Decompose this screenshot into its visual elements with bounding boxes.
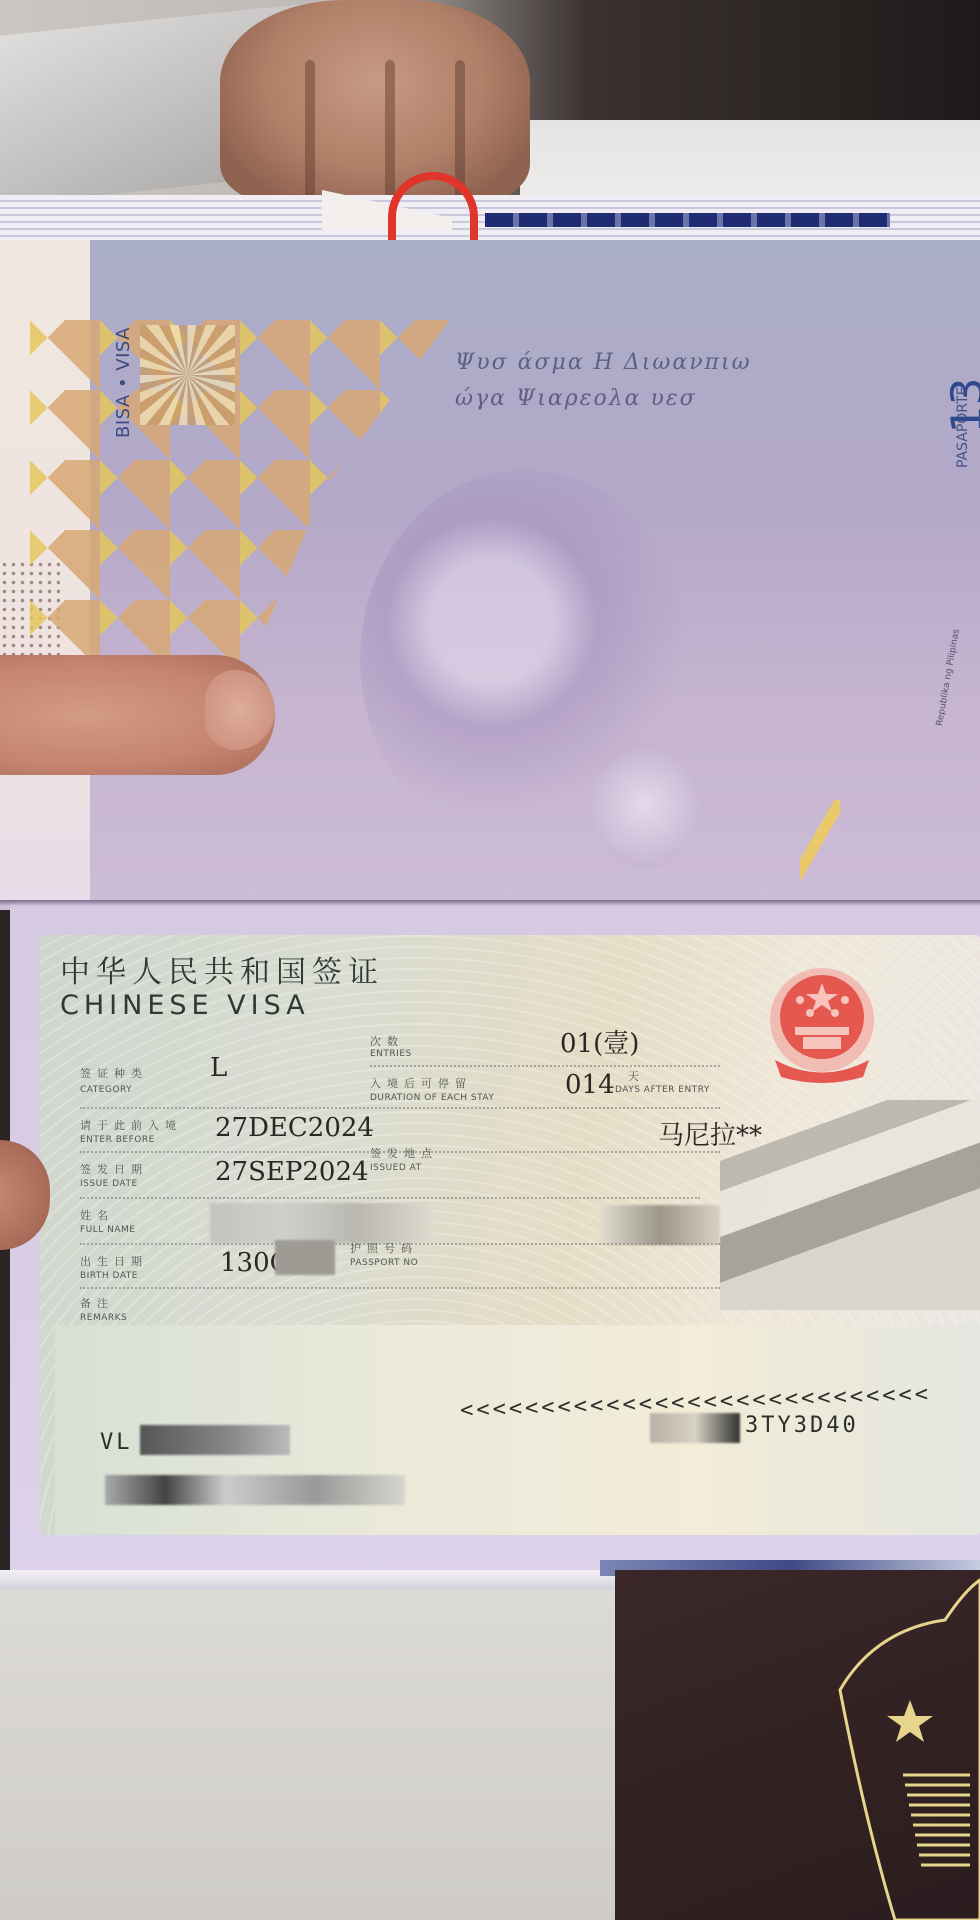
mrz-line1-end: 3TY3D40 xyxy=(745,1413,859,1438)
category-label-cn: 签证种类 xyxy=(80,1065,148,1081)
visa-title-en: CHINESE VISA xyxy=(60,990,310,1021)
full-name-label-cn: 姓名 xyxy=(80,1207,114,1223)
category-label-en: CATEGORY xyxy=(80,1085,132,1095)
flower-watermark-small xyxy=(590,740,700,870)
redacted-name xyxy=(210,1203,430,1243)
birth-date-label-cn: 出生日期 xyxy=(80,1253,148,1269)
entries-value: 01(壹) xyxy=(560,1023,639,1060)
second-passport-cover xyxy=(615,1570,980,1920)
enter-before-label-cn: 请于此前入境 xyxy=(80,1117,182,1133)
remarks-label-en: REMARKS xyxy=(80,1313,127,1323)
entries-label-cn: 次数 xyxy=(370,1033,404,1049)
dotted-line xyxy=(80,1107,720,1109)
handwritten-note: Ψυσ άσμα Η Διωανπιω ώγα Ψιαρεολα υεσ xyxy=(455,345,752,417)
passport-no-label-en: PASSPORT NO xyxy=(350,1258,418,1268)
duration-unit-en: DAYS AFTER ENTRY xyxy=(615,1085,710,1095)
bisa-visa-label: BISA • VISA xyxy=(113,327,134,438)
issue-date-value: 27SEP2024 xyxy=(215,1157,369,1187)
birth-date-label-en: BIRTH DATE xyxy=(80,1271,138,1281)
dotted-line xyxy=(80,1197,700,1199)
full-name-label-en: FULL NAME xyxy=(80,1225,136,1235)
chinese-visa-sticker: 中华人民共和国签证 CHINESE VISA 签证种类 CATEGORY L 次… xyxy=(40,935,980,1535)
dotted-line xyxy=(80,1287,720,1289)
category-value: L xyxy=(210,1053,227,1083)
duration-label-cn: 入境后可停留 xyxy=(370,1075,472,1091)
entries-label-en: ENTRIES xyxy=(370,1049,412,1059)
enter-before-label-en: ENTER BEFORE xyxy=(80,1135,155,1145)
finger-gap xyxy=(385,60,395,200)
page-crease xyxy=(0,900,980,906)
finger-gap xyxy=(305,60,315,200)
handwriting-line: Ψυσ άσμα Η Διωανπιω xyxy=(455,345,752,381)
redacted-mrz xyxy=(140,1425,290,1455)
issued-at-label-cn: 签发地点 xyxy=(370,1145,438,1161)
duration-unit-cn: 天 xyxy=(628,1068,645,1084)
hand xyxy=(220,0,530,205)
hologram xyxy=(140,325,235,425)
redacted-birth-date xyxy=(275,1240,335,1275)
page-number: 13 xyxy=(943,378,980,434)
enter-before-value: 27DEC2024 xyxy=(215,1113,374,1143)
gold-mark xyxy=(800,800,840,880)
visa-title-cn: 中华人民共和国签证 xyxy=(60,947,384,991)
national-emblem-icon xyxy=(755,965,890,1090)
dotted-line xyxy=(370,1065,720,1067)
redacted-block xyxy=(600,1205,720,1245)
redacted-mrz-line2 xyxy=(105,1475,405,1505)
redacted-mrz xyxy=(650,1413,740,1443)
page-edge-pattern xyxy=(485,213,890,227)
issued-at-label-en: ISSUED AT xyxy=(370,1163,422,1173)
duration-label-en: DURATION OF EACH STAY xyxy=(370,1093,494,1103)
issue-date-label-cn: 签发日期 xyxy=(80,1161,148,1177)
issued-at-value: 马尼拉** xyxy=(658,1115,762,1152)
desk-surface xyxy=(0,1590,620,1920)
passport-no-label-cn: 护照号码 xyxy=(350,1240,418,1256)
duration-value: 014 xyxy=(565,1070,615,1100)
mrz-line1-prefix: VL xyxy=(100,1430,133,1455)
handwriting-line: ώγα Ψιαρεολα υεσ xyxy=(455,381,752,417)
gold-coat-of-arms-icon xyxy=(615,1570,980,1920)
issue-date-label-en: ISSUE DATE xyxy=(80,1179,138,1189)
remarks-label-cn: 备注 xyxy=(80,1295,114,1311)
